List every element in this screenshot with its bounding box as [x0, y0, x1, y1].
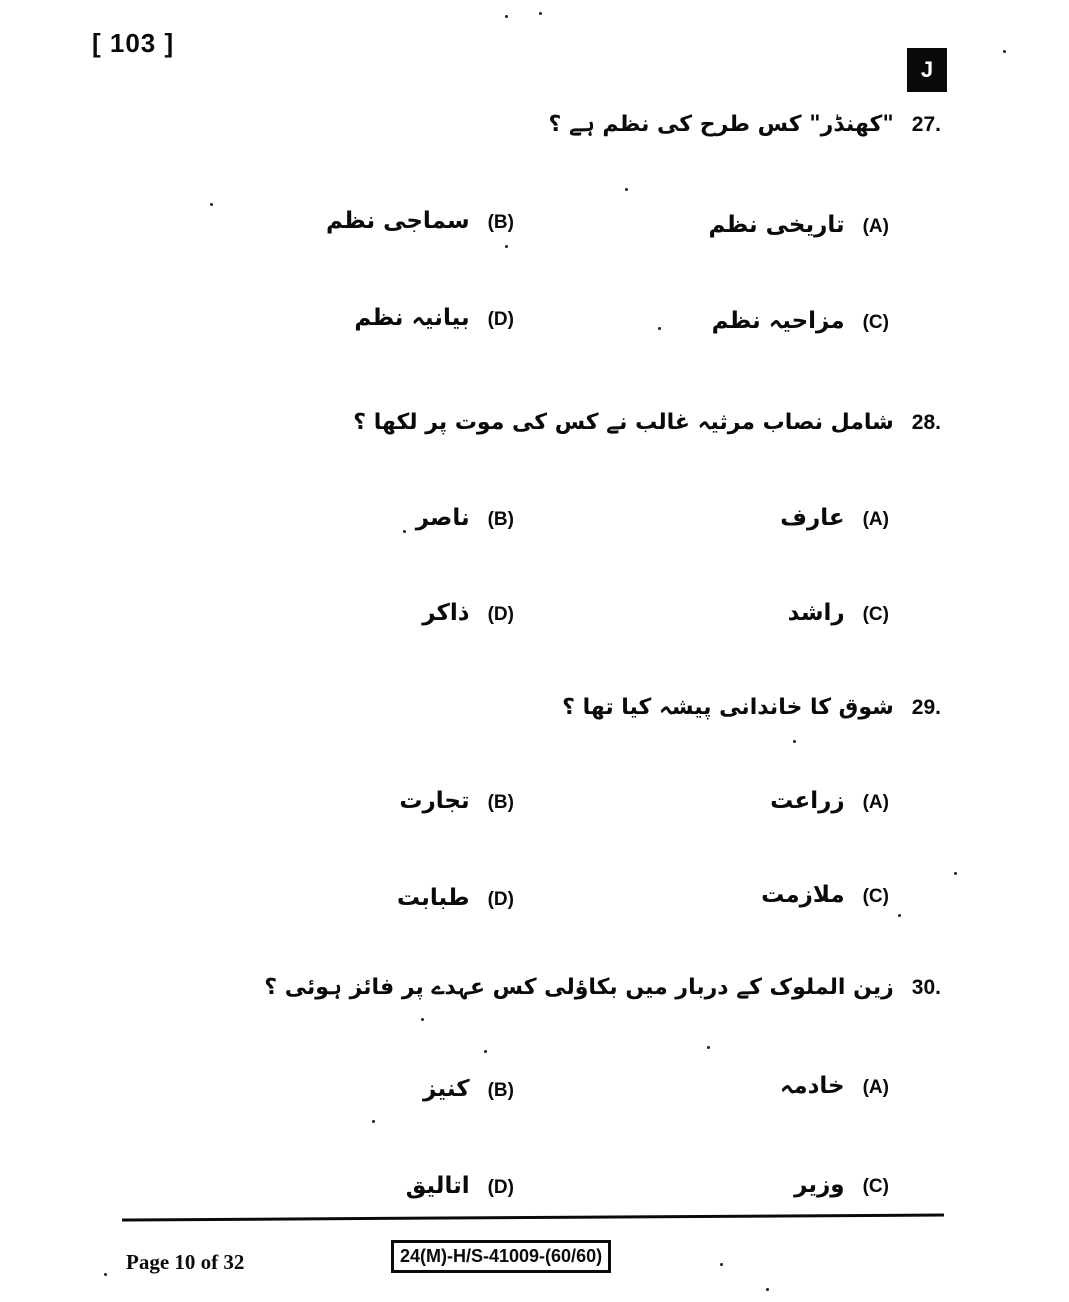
option-letter: (C)	[863, 1176, 889, 1198]
footer-page-label: Page 10 of 32	[126, 1250, 244, 1275]
option-text: خادمہ	[780, 1073, 845, 1099]
option-letter: (C)	[863, 312, 889, 334]
option-text: ملازمت	[761, 882, 845, 908]
scan-speck	[372, 1120, 375, 1123]
question-number: 27.	[912, 113, 941, 137]
question-number: 29.	[912, 696, 941, 720]
option-d: (D) اتالیق	[406, 1173, 514, 1199]
scan-speck	[421, 1018, 424, 1021]
series-badge: J	[907, 48, 947, 92]
option-letter: (B)	[488, 212, 514, 234]
option-text: ناصر	[416, 505, 470, 531]
option-a: (A) تاریخی نظم	[709, 212, 889, 238]
option-text: بیانیہ نظم	[354, 305, 469, 331]
scan-speck	[210, 203, 213, 206]
option-text: وزیر	[794, 1172, 844, 1198]
option-text: تاریخی نظم	[709, 212, 845, 238]
scan-speck	[484, 1050, 487, 1053]
option-letter: (D)	[488, 309, 514, 331]
scan-speck	[707, 1046, 710, 1049]
option-a: (A) زراعت	[770, 788, 889, 814]
option-text: تجارت	[399, 788, 469, 814]
scan-speck	[505, 245, 508, 248]
option-letter: (D)	[488, 604, 514, 626]
question-text: زین الملوک کے دربار میں بکاؤلی کس عہدے پ…	[264, 975, 894, 1000]
option-a: (A) عارف	[780, 505, 889, 531]
option-text: ذاکر	[422, 600, 469, 626]
option-d: (D) طبابت	[397, 885, 514, 911]
option-letter: (B)	[488, 792, 514, 814]
option-letter: (C)	[863, 886, 889, 908]
option-d: (D) بیانیہ نظم	[354, 305, 514, 331]
option-text: راشد	[788, 600, 845, 626]
question-30: 30. زین الملوک کے دربار میں بکاؤلی کس عہ…	[264, 975, 941, 1000]
option-letter: (D)	[488, 1177, 514, 1199]
scan-speck	[539, 12, 542, 15]
option-text: سماجی نظم	[326, 208, 470, 234]
option-c: (C) راشد	[788, 600, 889, 626]
question-text: شامل نصاب مرثیہ غالب نے کس کی موت پر لکھ…	[353, 410, 894, 435]
scan-speck	[625, 188, 628, 191]
scan-speck	[403, 530, 406, 533]
question-number: 30.	[912, 976, 941, 1000]
option-c: (C) مزاحیہ نظم	[712, 308, 889, 334]
option-c: (C) ملازمت	[761, 882, 889, 908]
option-text: کنیز	[423, 1076, 469, 1102]
scan-speck	[793, 740, 796, 743]
option-text: اتالیق	[406, 1173, 470, 1199]
question-text: شوق کا خاندانی پیشہ کیا تھا ؟	[562, 695, 894, 720]
question-number: 28.	[912, 411, 941, 435]
option-b: (B) سماجی نظم	[326, 208, 514, 234]
option-letter: (A)	[863, 216, 889, 238]
scan-speck	[505, 15, 508, 18]
option-text: مزاحیہ نظم	[712, 308, 845, 334]
option-letter: (A)	[863, 509, 889, 531]
scan-speck	[720, 1263, 723, 1266]
option-b: (B) ناصر	[416, 505, 514, 531]
option-text: عارف	[780, 505, 844, 531]
question-28: 28. شامل نصاب مرثیہ غالب نے کس کی موت پر…	[353, 410, 941, 435]
option-d: (D) ذاکر	[422, 600, 514, 626]
footer-divider	[122, 1213, 944, 1221]
scan-speck	[766, 1288, 769, 1291]
scan-speck	[954, 872, 957, 875]
question-27: 27. "کھنڈر" کس طرح کی نظم ہے ؟	[549, 112, 941, 137]
option-letter: (D)	[488, 889, 514, 911]
scan-speck	[658, 327, 661, 330]
option-letter: (A)	[863, 792, 889, 814]
question-29: 29. شوق کا خاندانی پیشہ کیا تھا ؟	[562, 695, 941, 720]
option-a: (A) خادمہ	[780, 1073, 889, 1099]
option-b: (B) تجارت	[399, 788, 514, 814]
scan-speck	[898, 914, 901, 917]
option-b: (B) کنیز	[423, 1076, 514, 1102]
option-letter: (B)	[488, 1080, 514, 1102]
option-text: زراعت	[770, 788, 844, 814]
option-letter: (B)	[488, 509, 514, 531]
scan-speck	[104, 1273, 107, 1276]
paper-code-box: 24(M)-H/S-41009-(60/60)	[391, 1240, 611, 1273]
option-letter: (A)	[863, 1077, 889, 1099]
question-text: "کھنڈر" کس طرح کی نظم ہے ؟	[549, 112, 894, 137]
scan-speck	[1003, 50, 1006, 53]
option-text: طبابت	[397, 885, 470, 911]
option-letter: (C)	[863, 604, 889, 626]
page-number: [ 103 ]	[92, 28, 174, 59]
option-c: (C) وزیر	[794, 1172, 889, 1198]
